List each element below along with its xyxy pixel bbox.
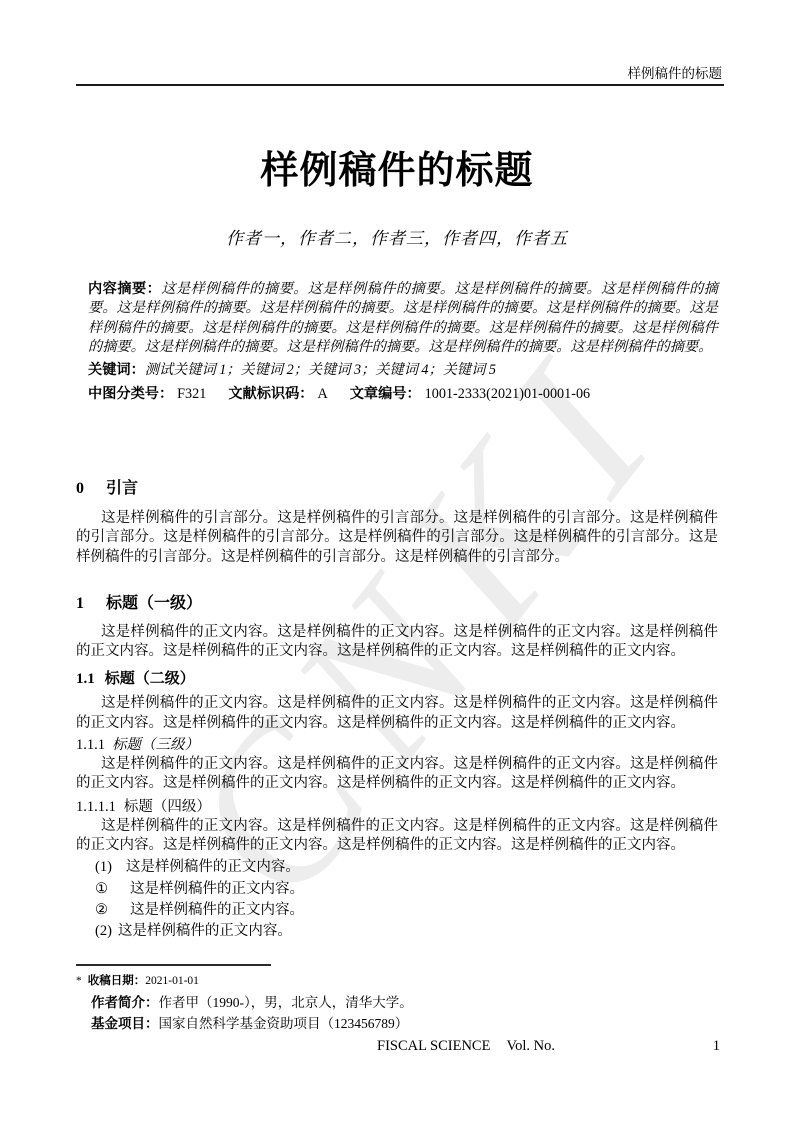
list-marker: (2) xyxy=(95,923,112,939)
clc-label: 中图分类号： xyxy=(88,386,173,402)
received-date-value: 2021-01-01 xyxy=(145,975,199,987)
journal-name: FISCAL SCIENCE xyxy=(377,1038,490,1054)
keywords-text: 测试关键词 1；关键词 2；关键词 3；关键词 4；关键词 5 xyxy=(145,362,496,378)
article-id-value: 1001-2333(2021)01-0001-06 xyxy=(425,386,591,402)
section-title: 标题（一级） xyxy=(106,595,202,612)
section-title: 标题（二级） xyxy=(105,670,195,687)
section-paragraph: 这是样例稿件的正文内容。这是样例稿件的正文内容。这是样例稿件的正文内容。这是样例… xyxy=(76,694,718,733)
section-heading-1-1-1: 1.1.1标题（三级） xyxy=(76,736,718,755)
header-rule xyxy=(76,84,724,86)
footnotes-block: *收稿日期：2021-01-01 作者简介：作者甲（1990-），男，北京人，清… xyxy=(76,964,718,1034)
abstract-block: 内容摘要：这是样例稿件的摘要。这是样例稿件的摘要。这是样例稿件的摘要。这是样例稿… xyxy=(88,280,718,405)
list-item-text: 这是样例稿件的正文内容。 xyxy=(126,859,300,875)
footnote-received-date: *收稿日期：2021-01-01 xyxy=(76,971,718,992)
section-title: 标题（三级） xyxy=(112,737,199,753)
funding-value: 国家自然科学基金资助项目（123456789） xyxy=(159,1016,409,1031)
abstract-paragraph: 内容摘要：这是样例稿件的摘要。这是样例稿件的摘要。这是样例稿件的摘要。这是样例稿… xyxy=(88,280,718,357)
received-date-label: 收稿日期： xyxy=(88,975,146,987)
section-number: 1.1.1 xyxy=(76,737,105,753)
keywords-line: 关键词：测试关键词 1；关键词 2；关键词 3；关键词 4；关键词 5 xyxy=(88,361,718,380)
author-bio-value: 作者甲（1990-），男，北京人，清华大学。 xyxy=(159,995,413,1010)
abstract-text: 这是样例稿件的摘要。这是样例稿件的摘要。这是样例稿件的摘要。这是样例稿件的摘要。… xyxy=(88,281,718,355)
page-number: 1 xyxy=(713,1038,720,1055)
section-paragraph: 这是样例稿件的正文内容。这是样例稿件的正文内容。这是样例稿件的正文内容。这是样例… xyxy=(76,817,718,856)
keywords-label: 关键词： xyxy=(88,362,145,378)
section-title: 引言 xyxy=(106,480,138,497)
section-heading-1: 1标题（一级） xyxy=(76,593,718,614)
article-id-label: 文章编号： xyxy=(350,386,421,402)
running-head: 样例稿件的标题 xyxy=(76,62,722,82)
section-paragraph: 这是样例稿件的引言部分。这是样例稿件的引言部分。这是样例稿件的引言部分。这是样例… xyxy=(76,509,718,567)
numbered-list: (1)这是样例稿件的正文内容。 ①这是样例稿件的正文内容。 ②这是样例稿件的正文… xyxy=(76,858,718,941)
authors-line: 作者一，作者二，作者三，作者四，作者五 xyxy=(0,224,794,249)
list-marker: (1) xyxy=(95,859,112,875)
footnote-author-bio: 作者简介：作者甲（1990-），男，北京人，清华大学。 xyxy=(76,992,718,1013)
section-heading-1-1-1-1: 1.1.1.1标题（四级） xyxy=(76,798,718,817)
abstract-label: 内容摘要： xyxy=(88,281,161,297)
section-paragraph: 这是样例稿件的正文内容。这是样例稿件的正文内容。这是样例稿件的正文内容。这是样例… xyxy=(76,755,718,794)
list-marker: ② xyxy=(95,902,108,918)
list-marker: ① xyxy=(95,881,108,897)
section-heading-0: 0引言 xyxy=(76,478,718,499)
document-page: CNKI 样例稿件的标题 样例稿件的标题 作者一，作者二，作者三，作者四，作者五… xyxy=(0,0,794,1123)
article-body: 0引言 这是样例稿件的引言部分。这是样例稿件的引言部分。这是样例稿件的引言部分。… xyxy=(76,470,718,941)
doc-code-value: A xyxy=(317,386,327,402)
section-title: 标题（四级） xyxy=(124,799,211,815)
list-item-text: 这是样例稿件的正文内容。 xyxy=(118,923,292,939)
clc-value: F321 xyxy=(177,386,206,402)
list-item-text: 这是样例稿件的正文内容。 xyxy=(130,902,304,918)
section-heading-1-1: 1.1标题（二级） xyxy=(76,669,718,689)
section-number: 1.1.1.1 xyxy=(76,799,116,815)
list-item: ②这是样例稿件的正文内容。 xyxy=(76,901,718,920)
list-item: (2)这是样例稿件的正文内容。 xyxy=(76,922,718,941)
article-title: 样例稿件的标题 xyxy=(0,139,794,194)
list-item: ①这是样例稿件的正文内容。 xyxy=(76,880,718,899)
footnote-rule xyxy=(76,964,271,966)
section-number: 0 xyxy=(76,480,84,497)
volume-number: Vol. No. xyxy=(506,1038,554,1054)
footnote-funding: 基金项目：国家自然科学基金资助项目（123456789） xyxy=(76,1013,718,1034)
classification-line: 中图分类号：F321文献标识码：A文章编号：1001-2333(2021)01-… xyxy=(88,385,718,404)
list-item: (1)这是样例稿件的正文内容。 xyxy=(76,858,718,877)
footnote-asterisk: * xyxy=(76,975,82,987)
funding-label: 基金项目： xyxy=(91,1016,159,1031)
doc-code-label: 文献标识码： xyxy=(228,386,313,402)
list-item-text: 这是样例稿件的正文内容。 xyxy=(130,881,304,897)
section-number: 1.1 xyxy=(76,671,95,687)
section-number: 1 xyxy=(76,595,84,612)
section-paragraph: 这是样例稿件的正文内容。这是样例稿件的正文内容。这是样例稿件的正文内容。这是样例… xyxy=(76,623,718,662)
author-bio-label: 作者简介： xyxy=(91,995,159,1010)
page-footer: FISCAL SCIENCEVol. No.1 xyxy=(76,1038,720,1055)
